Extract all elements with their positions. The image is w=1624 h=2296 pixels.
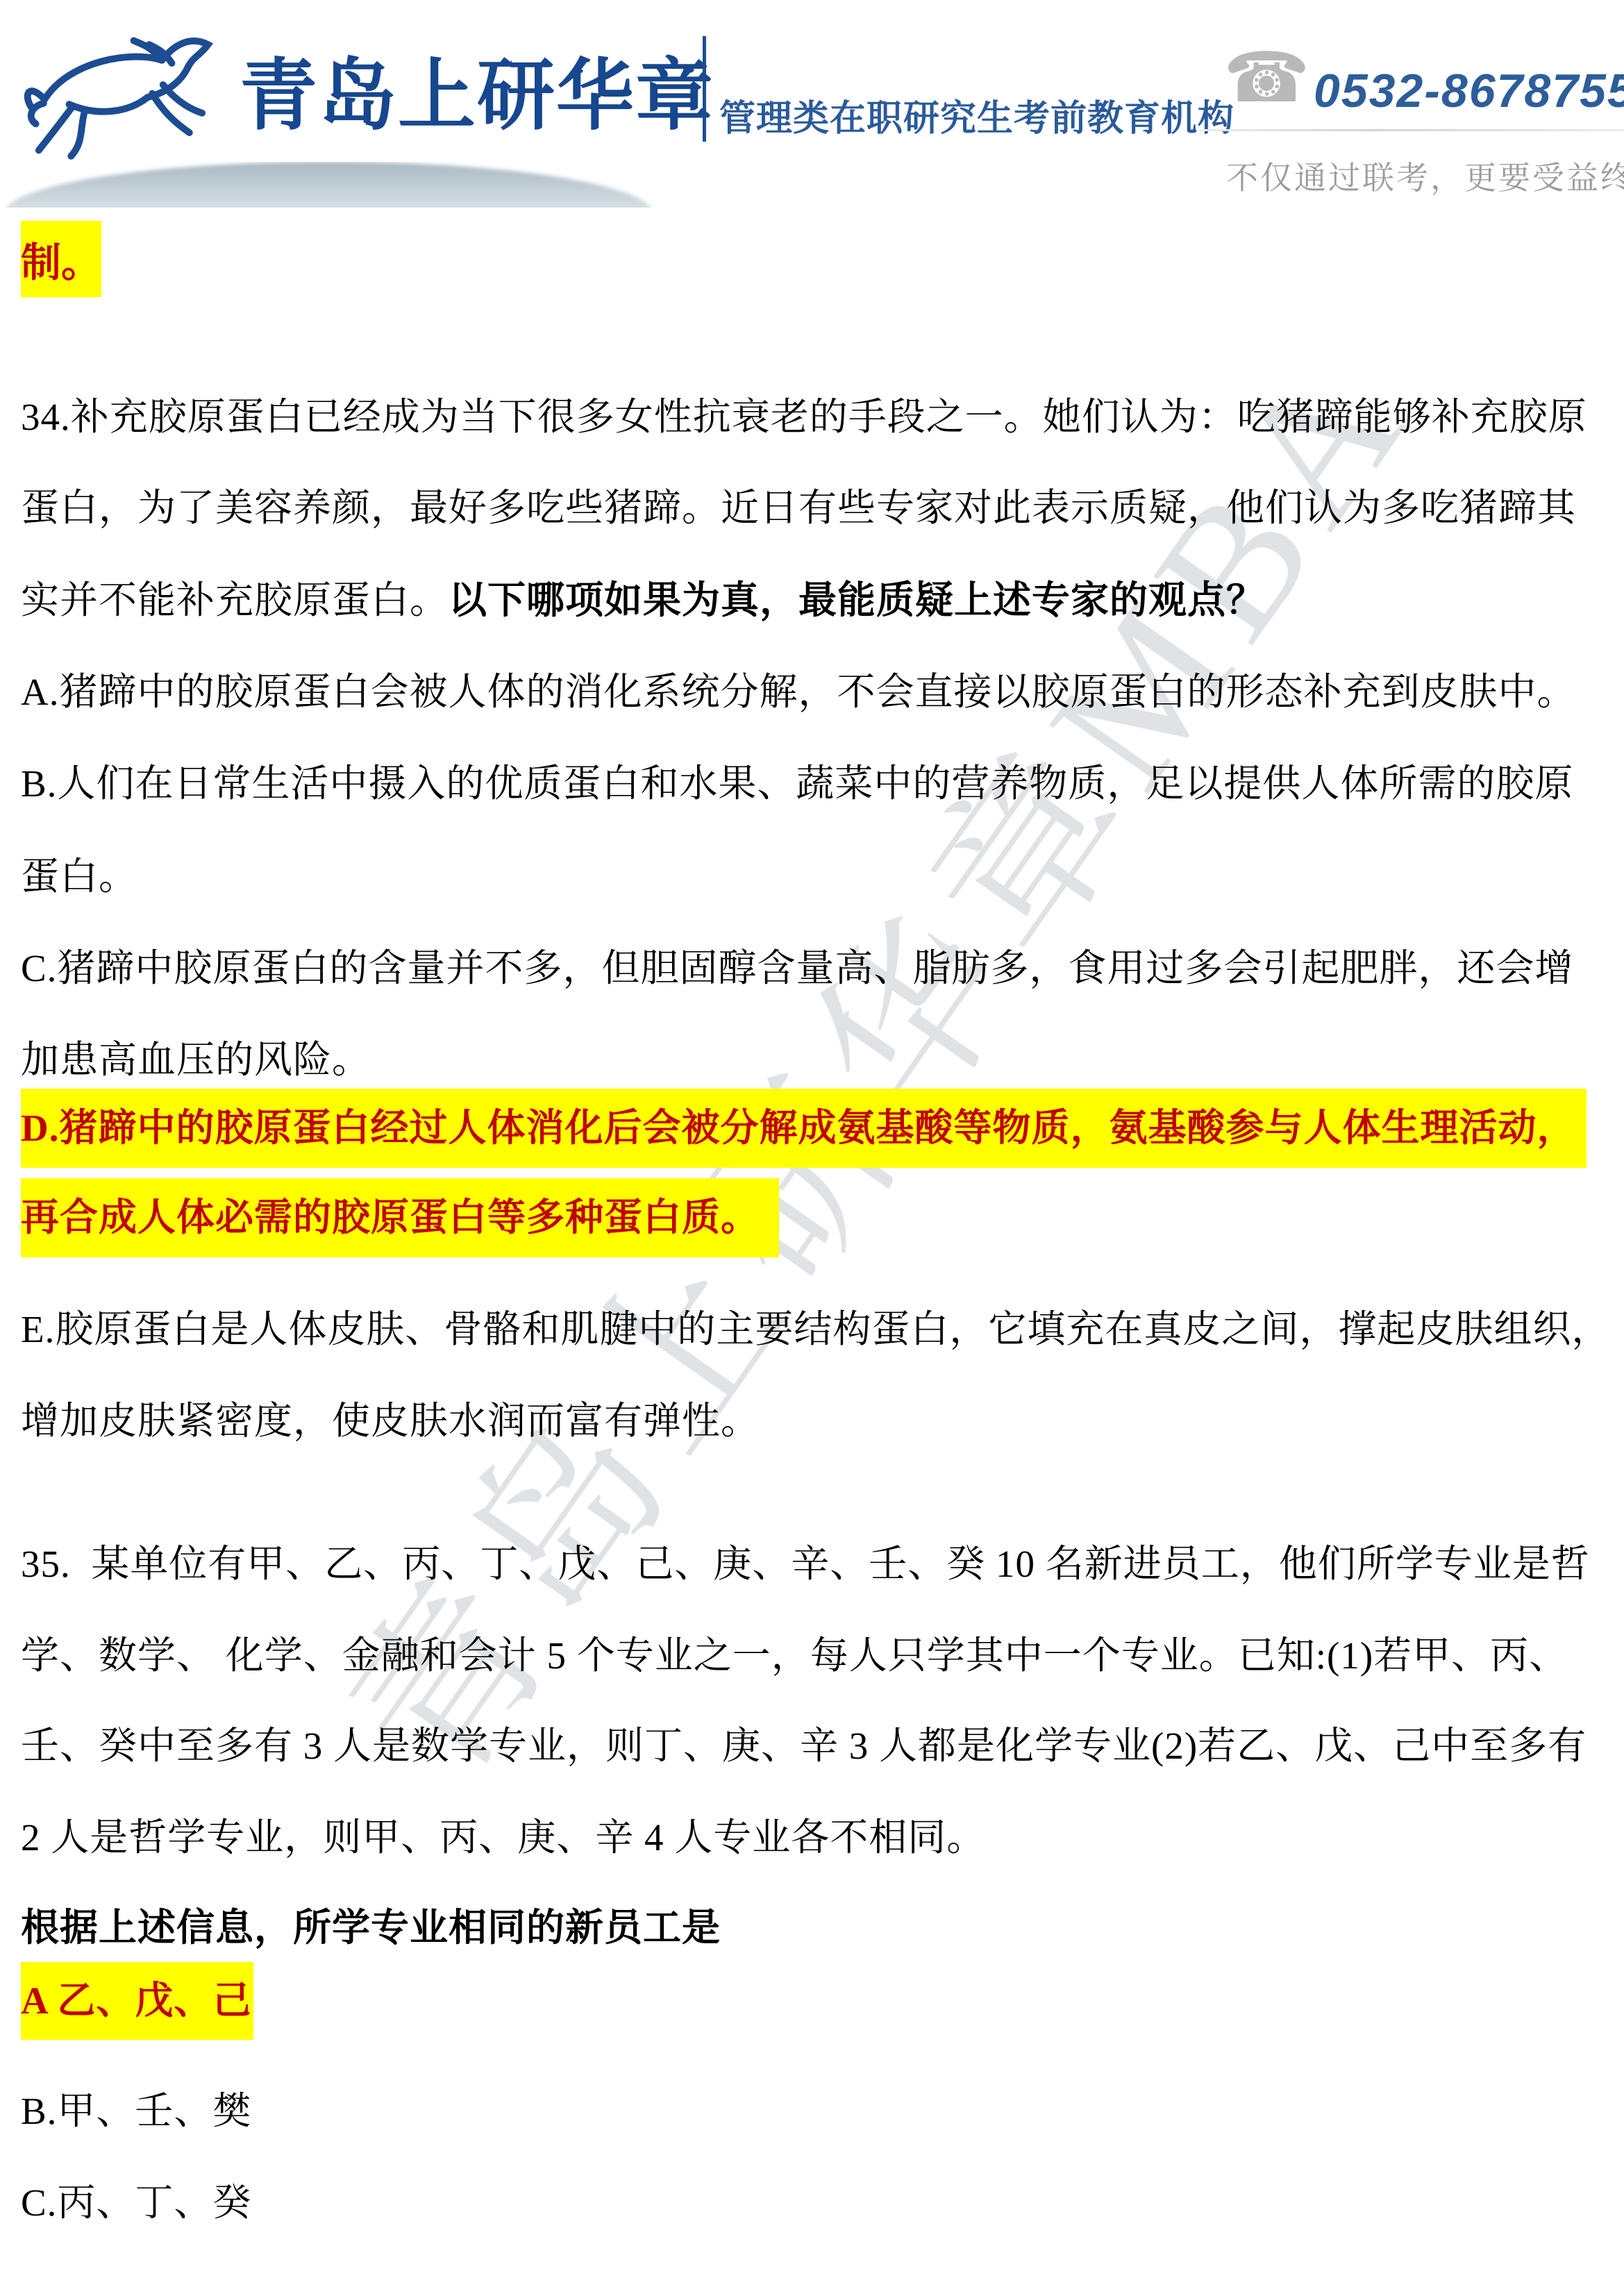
q34-stem-plain: 实并不能补充胶原蛋白。 (21, 579, 449, 621)
q34-option-b-line-1: B.人们在日常生活中摄入的优质蛋白和水果、蔬菜中的营养物质，足以提供人体所需的胶… (21, 760, 1573, 808)
q34-option-e-line-2: 增加皮肤紧密度，使皮肤水润而富有弹性。 (21, 1397, 760, 1446)
header: 青岛上研华章 管理类在职研究生考前教育机构 ☎ 0532-86787558 不仅… (0, 0, 1624, 208)
phone-number: 0532-86787558 (1314, 64, 1624, 118)
q35-option-b: B.甲、壬、樊 (21, 2087, 251, 2136)
horse-logo-icon (15, 6, 231, 164)
q35-question-bold: 根据上述信息，所学专业相同的新员工是 (21, 1904, 721, 1952)
q34-stem-line-3: 实并不能补充胶原蛋白。以下哪项如果为真，最能质疑上述专家的观点？ (21, 576, 1265, 625)
document-page: 青岛上研华章MBA 青岛上研华章 管理类在职研究生考前教育机构 ☎ 0532-8 (0, 0, 1624, 2296)
q35-stem-line-4: 2 人是哲学专业，则甲、丙、庚、辛 4 人专业各不相同。 (21, 1813, 985, 1862)
q34-option-d-text-2: 再合成人体必需的胶原蛋白等多种蛋白质。 (21, 1193, 760, 1242)
highlighted-fragment: 制。 (21, 221, 101, 297)
q34-option-c-line-2: 加患高血压的风险。 (21, 1036, 371, 1084)
q34-option-a: A.猪蹄中的胶原蛋白会被人体的消化系统分解，不会直接以胶原蛋白的形态补充到皮肤中… (21, 668, 1575, 717)
header-slogan: 不仅通过联考，更要受益终身 (1226, 153, 1624, 199)
q35-stem-line-3: 壬、癸中至多有 3 人是数学专业，则丁、庚、辛 3 人都是化学专业(2)若乙、戊… (21, 1722, 1587, 1770)
phone-icon: ☎ (1223, 43, 1310, 112)
header-swoosh (4, 162, 653, 208)
q35-option-a-highlight: A 乙、戊、己 (21, 1962, 253, 2040)
q35-stem-line-2: 学、数学、 化学、金融和会计 5 个专业之一，每人只学其中一个专业。已知:(1)… (21, 1632, 1568, 1680)
header-vertical-divider (703, 36, 706, 142)
brand-subtitle: 管理类在职研究生考前教育机构 (719, 89, 1234, 141)
q34-option-c-line-1: C.猪蹄中胶原蛋白的含量并不多，但胆固醇含量高、脂肪多，食用过多会引起肥胖，还会… (21, 944, 1573, 993)
q35-option-a-text: A 乙、戊、己 (21, 1977, 251, 2025)
q34-option-d-line-2-highlight: 再合成人体必需的胶原蛋白等多种蛋白质。 (21, 1178, 779, 1257)
q34-option-d-text-1: D.猪蹄中的胶原蛋白经过人体消化后会被分解成氨基酸等物质，氨基酸参与人体生理活动… (21, 1104, 1575, 1153)
q34-question-bold: 以下哪项如果为真，最能质疑上述专家的观点？ (449, 579, 1265, 621)
brand-title: 青岛上研华章 (240, 33, 714, 145)
q35-stem-line-1: 35. 某单位有甲、乙、丙、丁、戊、己、庚、辛、壬、癸 10 名新进员工，他们所… (21, 1540, 1590, 1589)
q35-option-c: C.丙、丁、癸 (21, 2179, 251, 2227)
q34-stem-line-2: 蛋白，为了美容养颜，最好多吃些猪蹄。近日有些专家对此表示质疑，他们认为多吃猪蹄其 (21, 484, 1576, 533)
header-rule (1200, 129, 1624, 131)
q34-option-b-line-2: 蛋白。 (21, 853, 137, 901)
q34-option-e-line-1: E.胶原蛋白是人体皮肤、骨骼和肌腱中的主要结构蛋白，它填充在真皮之间，撑起皮肤组… (21, 1305, 1610, 1354)
q34-option-d-line-1-highlight: D.猪蹄中的胶原蛋白经过人体消化后会被分解成氨基酸等物质，氨基酸参与人体生理活动… (21, 1089, 1587, 1168)
q34-stem-line-1: 34.补充胶原蛋白已经成为当下很多女性抗衰老的手段之一。她们认为：吃猪蹄能够补充… (21, 393, 1587, 442)
